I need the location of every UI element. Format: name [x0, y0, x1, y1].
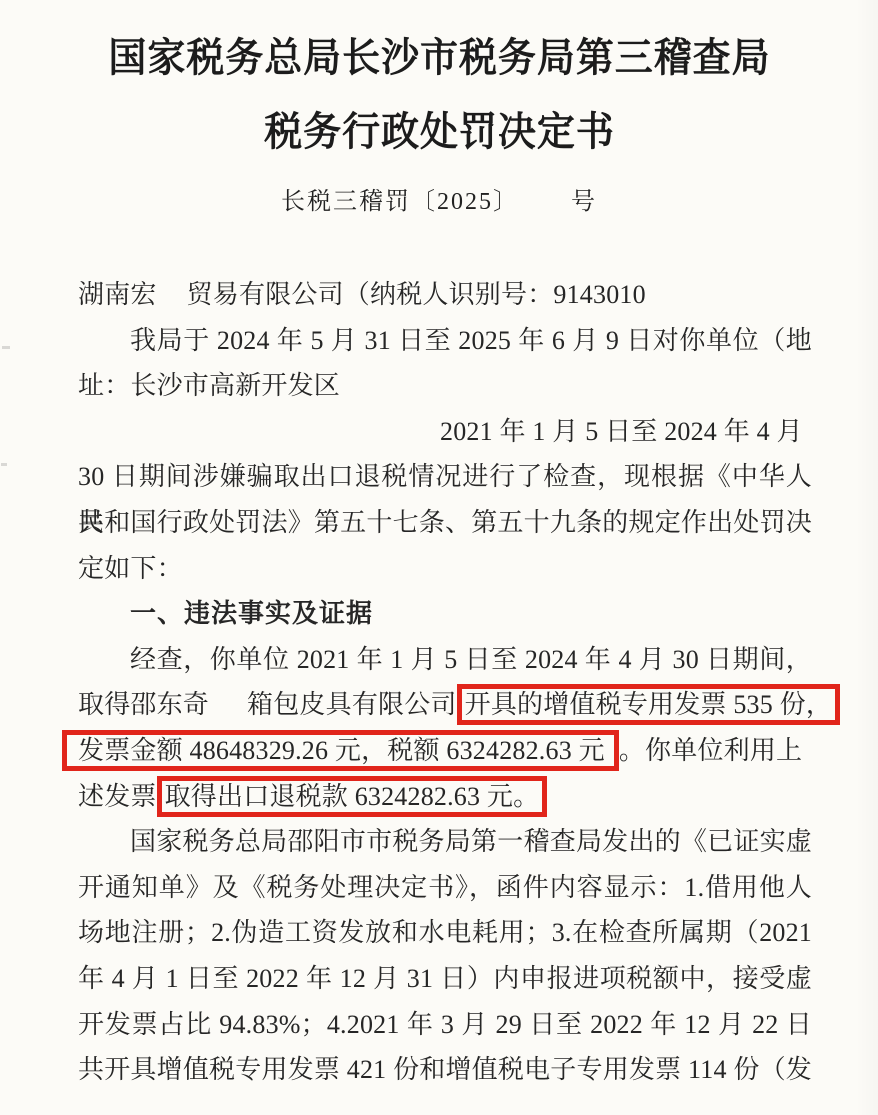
- highlight-box: 开具的增值税专用发票 535 份，: [457, 684, 840, 725]
- document-title-line2-text: 税务行政处罚决定书: [264, 110, 615, 154]
- line-export-refund: 述发票取得出口退税款 6324282.63 元。: [78, 774, 812, 820]
- text-run: 定如下：: [78, 554, 183, 583]
- line-body: 国家税务总局邵阳市市税务局第一稽查局发出的《已证实虚: [78, 819, 812, 865]
- text-run: 开发票占比 94.83%；4.2021 年 3 月 29 日至 2022 年 1…: [78, 1010, 812, 1039]
- line-body: 30 日期间涉嫌骗取出口退税情况进行了检查，现根据《中华人民: [78, 454, 812, 500]
- text-run: 取得邵东奇: [78, 690, 209, 719]
- highlight-box: 发票金额 48648329.26 元，税额 6324282.63 元: [62, 730, 619, 771]
- document-number: 长税三稽罚〔2025〕号: [0, 188, 878, 216]
- line-taxpayer-info: 湖南宏贸易有限公司（纳税人识别号：9143010: [78, 272, 812, 318]
- text-run: 年 4 月 1 日至 2022 年 12 月 31 日）内申报进项税额中，接受虚: [78, 964, 812, 993]
- text-run: 2021 年 1 月 5 日至 2024 年 4 月: [440, 417, 803, 446]
- text-run: 述发票: [78, 782, 157, 811]
- document-number-suffix: 号: [571, 189, 597, 215]
- text-run: 共开具增值税专用发票 421 份和增值税电子专用发票 114 份（发: [78, 1055, 812, 1084]
- line-body: 定如下：: [78, 546, 812, 592]
- line-body: 经查，你单位 2021 年 1 月 5 日至 2024 年 4 月 30 日期间…: [78, 637, 812, 683]
- line-inspection-intro: 我局于 2024 年 5 月 31 日至 2025 年 6 月 9 日对你单位（…: [78, 318, 812, 364]
- text-run: 经查，你单位 2021 年 1 月 5 日至 2024 年 4 月 30 日期间…: [130, 645, 812, 674]
- line-invoice-amounts: 发票金额 48648329.26 元，税额 6324282.63 元。你单位利用…: [78, 728, 812, 774]
- line-body: 共和国行政处罚法》第五十七条、第五十九条的规定作出处罚决: [78, 500, 812, 546]
- document-title-line1-text: 国家税务总局长沙市税务局第三稽查局: [108, 36, 770, 80]
- text-run: 场地注册；2.伪造工资发放和水电耗用；3.在检查所属期（2021: [78, 918, 812, 947]
- text-run: 址：长沙市高新开发区: [78, 371, 340, 400]
- line-body: 开发票占比 94.83%；4.2021 年 3 月 29 日至 2022 年 1…: [78, 1002, 812, 1048]
- redacted-gap: [157, 302, 187, 303]
- text-run: 箱包皮具有限公司: [247, 690, 457, 719]
- line-address: 址：长沙市高新开发区: [78, 363, 812, 409]
- scanned-document-page: 国家税务总局长沙市税务局第三稽查局 税务行政处罚决定书 长税三稽罚〔2025〕号…: [0, 0, 878, 1115]
- line-body: 场地注册；2.伪造工资发放和水电耗用；3.在检查所属期（2021: [78, 910, 812, 956]
- line-invoice-issuer: 取得邵东奇箱包皮具有限公司开具的增值税专用发票 535 份，: [78, 682, 812, 728]
- text-run: 。你单位利用上: [619, 736, 802, 765]
- text-run: 贸易有限公司（纳税人识别号：9143010: [187, 280, 646, 309]
- highlight-box: 取得出口退税款 6324282.63 元。: [157, 776, 548, 817]
- line-body: 共开具增值税专用发票 421 份和增值税电子专用发票 114 份（发: [78, 1047, 812, 1093]
- scan-artifact: [2, 346, 10, 349]
- line-body: 年 4 月 1 日至 2022 年 12 月 31 日）内申报进项税额中，接受虚: [78, 956, 812, 1002]
- text-run: 湖南宏: [78, 280, 157, 309]
- document-body: 湖南宏贸易有限公司（纳税人识别号：9143010我局于 2024 年 5 月 3…: [78, 272, 812, 1093]
- redacted-gap: [209, 712, 247, 713]
- text-run: 一、违法事实及证据: [130, 598, 373, 628]
- text-run: 共和国行政处罚法》第五十七条、第五十九条的规定作出处罚决: [78, 508, 812, 537]
- text-run: 我局于 2024 年 5 月 31 日至 2025 年 6 月 9 日对你单位（…: [130, 326, 812, 355]
- text-run: 国家税务总局邵阳市市税务局第一稽查局发出的《已证实虚: [130, 827, 812, 856]
- document-number-blank: [519, 208, 571, 209]
- section-heading-facts: 一、违法事实及证据: [78, 591, 812, 637]
- document-number-prefix: 长税三稽罚〔2025〕: [281, 189, 519, 215]
- document-title-line1: 国家税务总局长沙市税务局第三稽查局: [0, 36, 878, 80]
- scan-artifact: [1, 463, 7, 466]
- line-check-period: 2021 年 1 月 5 日至 2024 年 4 月: [78, 409, 812, 455]
- text-run: 开通知单》及《税务处理决定书》，函件内容显示：1.借用他人: [78, 873, 812, 902]
- document-title-line2: 税务行政处罚决定书: [0, 110, 878, 154]
- line-body: 开通知单》及《税务处理决定书》，函件内容显示：1.借用他人: [78, 865, 812, 911]
